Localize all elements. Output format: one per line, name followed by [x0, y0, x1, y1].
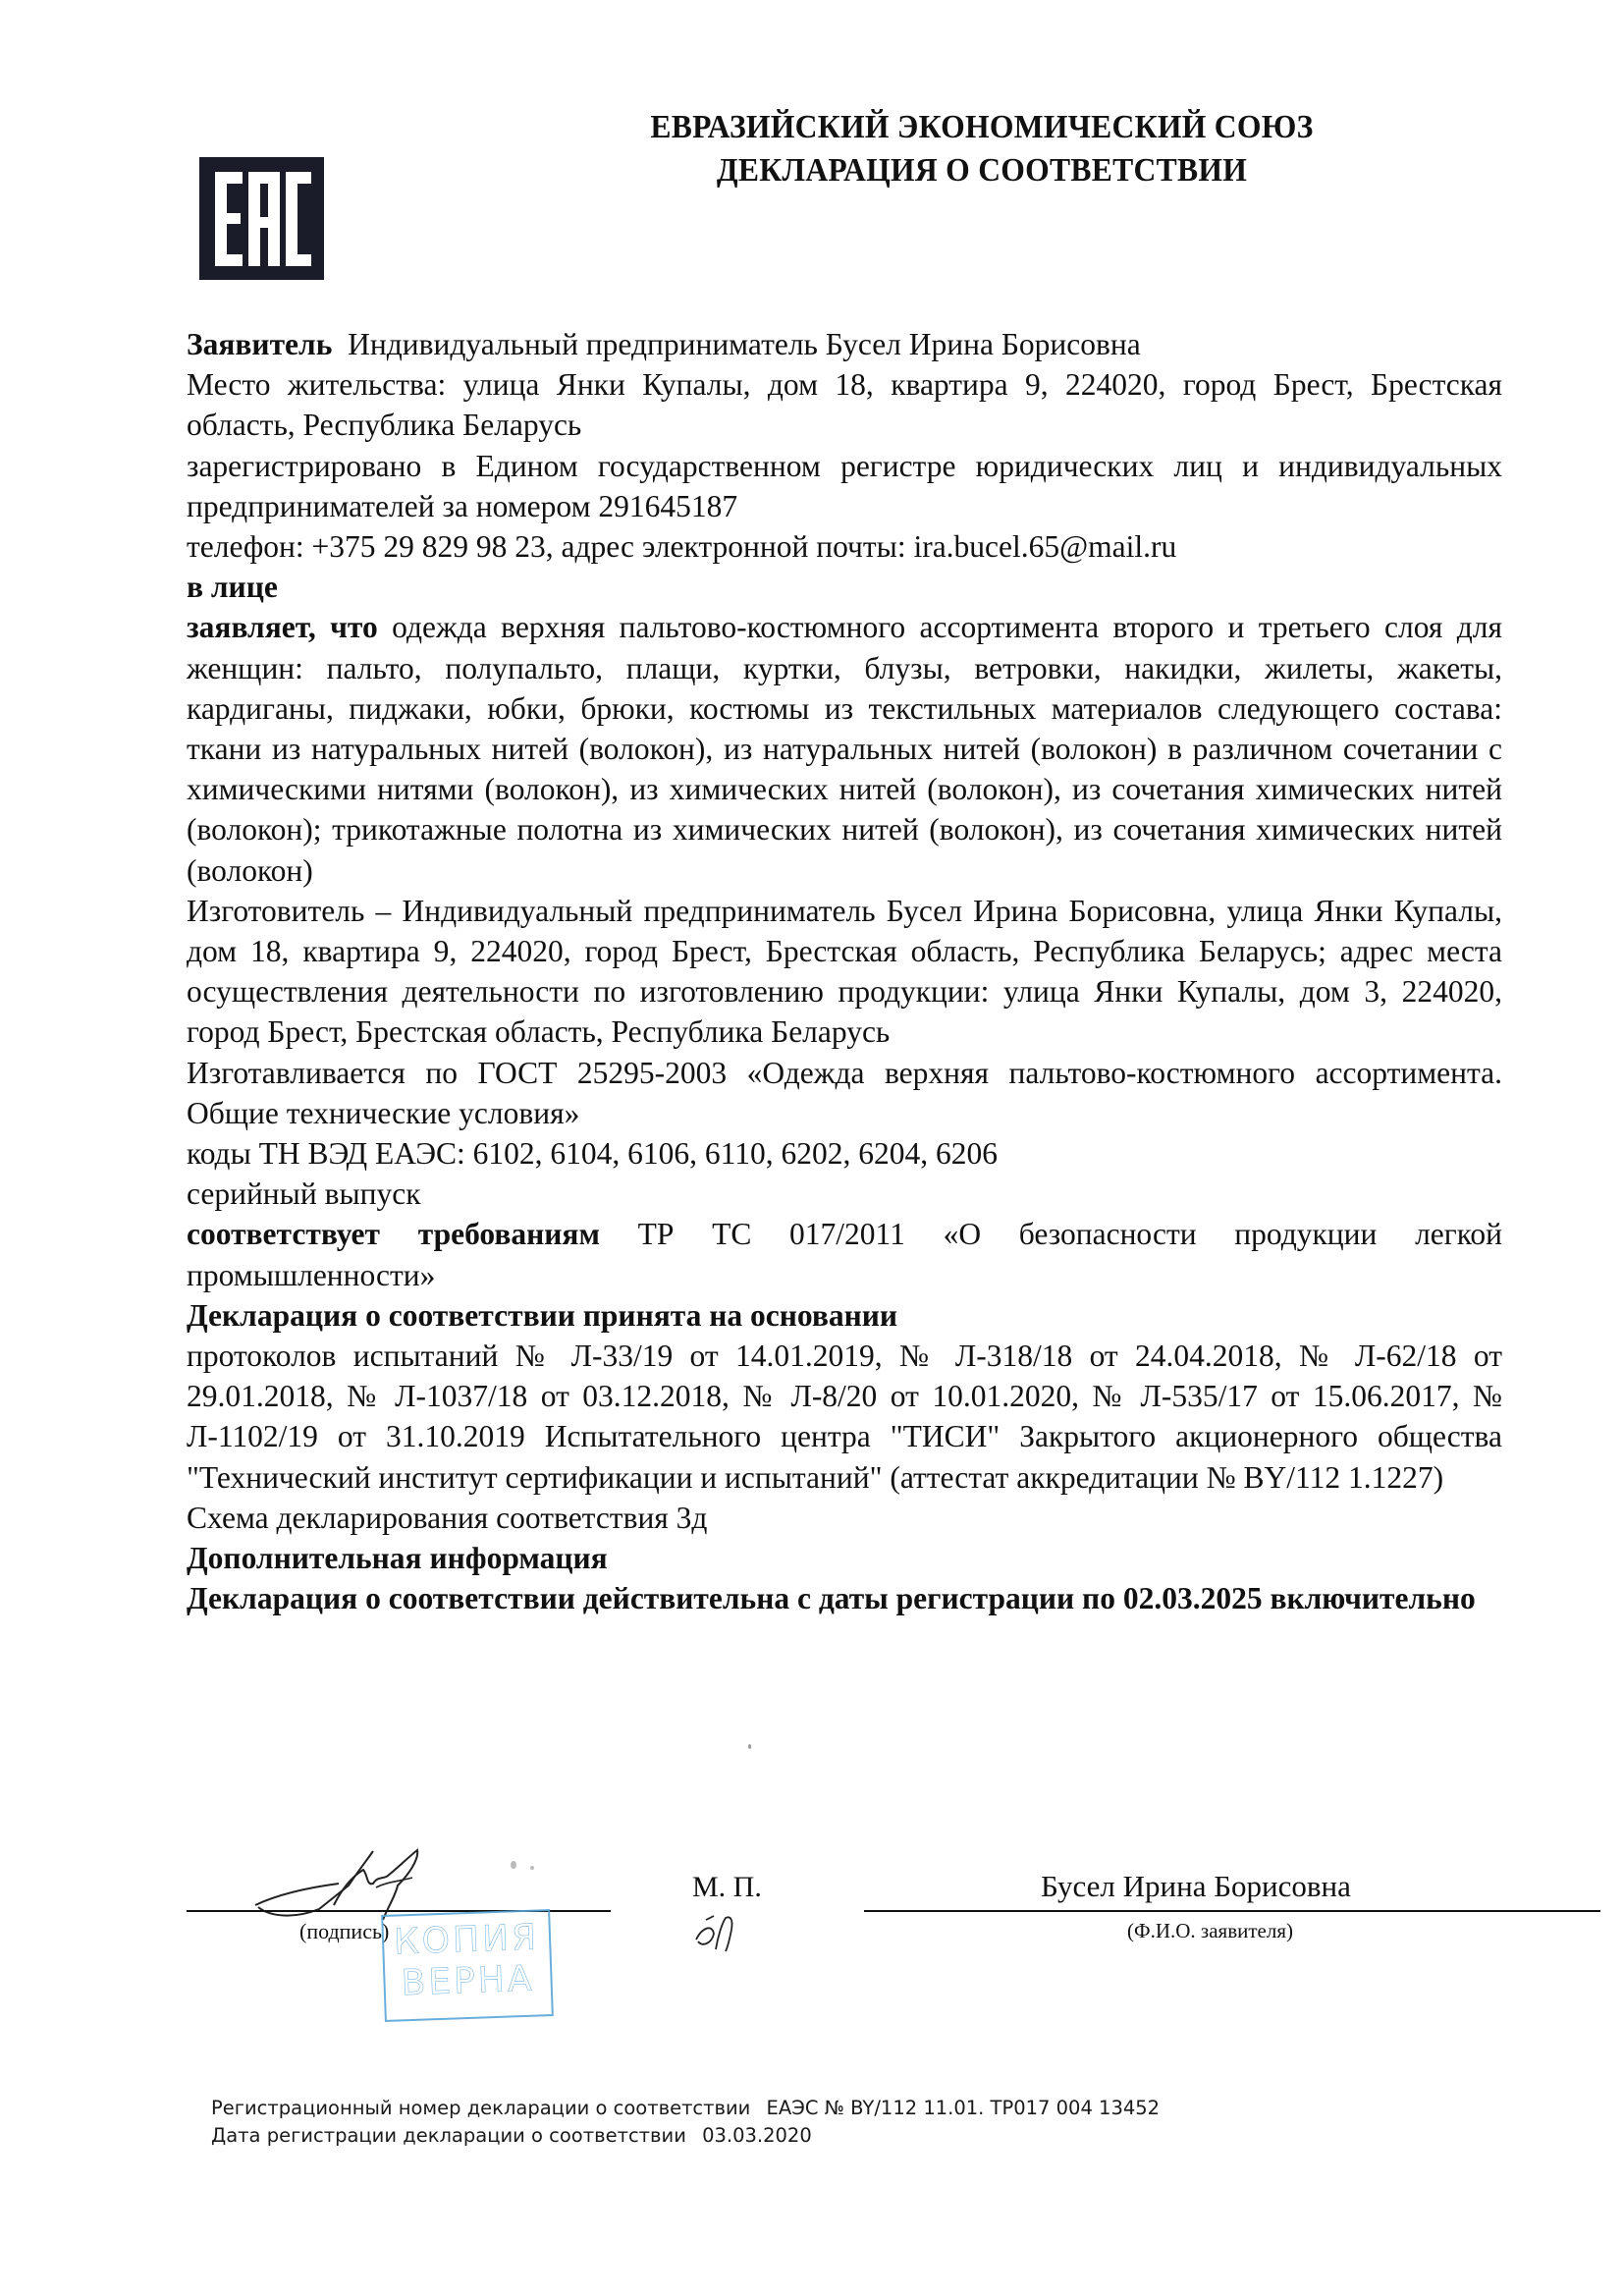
release-type: серийный выпуск — [187, 1174, 1502, 1214]
represented-by-label: в лице — [187, 567, 1502, 607]
applicant-label: Заявитель — [187, 327, 332, 361]
validity-statement: Декларация о соответствии действительна … — [187, 1578, 1502, 1618]
product-description: заявляет, что одежда верхняя пальтово-ко… — [187, 607, 1502, 890]
manufacturer-info: Изготовитель – Индивидуальный предприним… — [187, 891, 1502, 1053]
name-caption: (Ф.И.О. заявителя) — [1127, 1919, 1293, 1943]
applicant-line: Заявитель Индивидуальный предприниматель… — [187, 324, 1502, 364]
scan-speck — [748, 1744, 751, 1749]
compliance-line: соответствует требованиям ТР ТС 017/2011… — [187, 1214, 1502, 1294]
registration-number-value: ЕАЭС № BY/112 11.01. ТР017 004 13452 — [767, 2097, 1161, 2119]
registration-number-label: Регистрационный номер декларации о соотв… — [211, 2097, 750, 2119]
name-line — [864, 1910, 1600, 1912]
handwritten-signature-icon — [250, 1846, 476, 1920]
test-protocols: протоколов испытаний № Л-33/19 от 14.01.… — [187, 1336, 1502, 1498]
seal-label: М. П. — [692, 1871, 762, 1904]
product-text: одежда верхняя пальтово-костюмного ассор… — [187, 610, 1502, 887]
applicant-name: Индивидуальный предприниматель Бусел Ири… — [348, 327, 1141, 361]
applicant-contacts: телефон: +375 29 829 98 23, адрес электр… — [187, 526, 1502, 567]
basis-label: Декларация о соответствии принята на осн… — [187, 1295, 1502, 1336]
stamp-line-1: КОПИЯ — [383, 1917, 549, 1964]
applicant-residence: Место жительства: улица Янки Купалы, дом… — [187, 364, 1502, 445]
registration-date-value: 03.03.2020 — [702, 2124, 812, 2147]
applicant-printed-name: Бусел Ирина Борисовна — [1041, 1869, 1351, 1904]
scan-speck — [511, 1861, 516, 1869]
customs-codes: коды ТН ВЭД ЕАЭС: 6102, 6104, 6106, 6110… — [187, 1133, 1502, 1174]
registration-date-row: Дата регистрации декларации о соответств… — [211, 2122, 1160, 2150]
union-title: ЕВРАЗИЙСКИЙ ЭКОНОМИЧЕСКИЙ СОЮЗ — [580, 106, 1383, 149]
registration-footer: Регистрационный номер декларации о соотв… — [211, 2095, 1160, 2150]
eac-mark-icon — [211, 168, 313, 270]
declaration-scheme: Схема декларирования соответствия 3д — [187, 1498, 1502, 1538]
registration-date-label: Дата регистрации декларации о соответств… — [211, 2124, 686, 2147]
applicant-registration: зарегистрировано в Едином государственно… — [187, 446, 1502, 526]
declares-label: заявляет, что — [187, 610, 378, 644]
signature-caption: (подпись) — [299, 1919, 389, 1944]
declaration-body: Заявитель Индивидуальный предприниматель… — [187, 324, 1502, 1619]
document-title: ДЕКЛАРАЦИЯ О СООТВЕТСТВИИ — [580, 149, 1383, 192]
stamp-line-2: ВЕРНА — [385, 1958, 551, 2005]
seal-note-handwritten-icon — [692, 1910, 741, 1954]
scan-speck — [530, 1866, 534, 1870]
complies-label: соответствует требованиям — [187, 1217, 600, 1251]
eac-logo — [199, 157, 324, 280]
standard-info: Изготавливается по ГОСТ 25295-2003 «Одеж… — [187, 1053, 1502, 1133]
copy-certified-stamp: КОПИЯ ВЕРНА — [381, 1909, 554, 2022]
additional-info-label: Дополнительная информация — [187, 1538, 1502, 1578]
document-header: ЕВРАЗИЙСКИЙ ЭКОНОМИЧЕСКИЙ СОЮЗ ДЕКЛАРАЦИ… — [550, 106, 1414, 192]
registration-number-row: Регистрационный номер декларации о соотв… — [211, 2095, 1160, 2122]
